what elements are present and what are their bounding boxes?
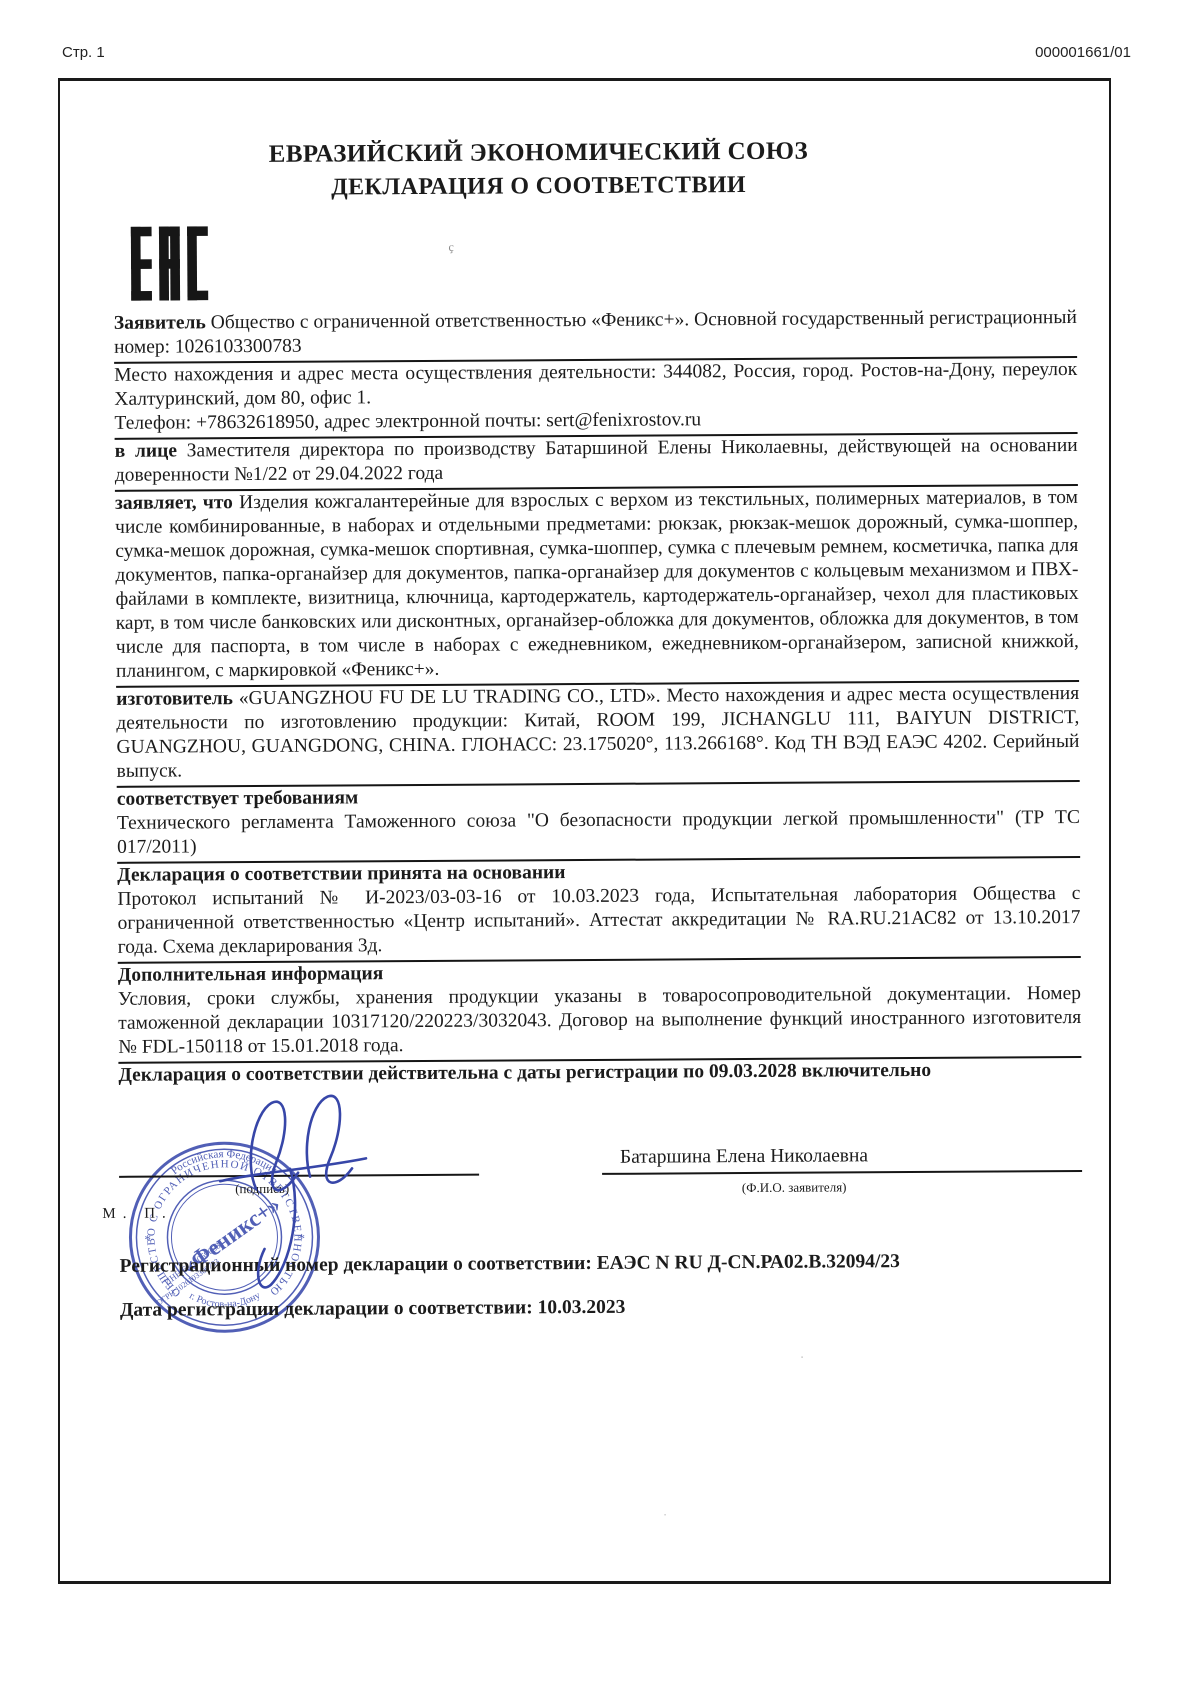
regulation-paragraph: Технического регламента Таможенного союз…	[117, 806, 1080, 864]
applicant-text: Общество с ограниченной ответственностью…	[114, 307, 1077, 358]
manufacturer-lead: изготовитель	[116, 688, 233, 710]
registration-date-value: 10.03.2023	[538, 1297, 626, 1319]
title-declaration: ДЕКЛАРАЦИЯ О СООТВЕТСТВИИ	[56, 170, 1021, 203]
eac-mark-icon: ЕАС	[130, 226, 208, 300]
scan-speck: ˙	[663, 1513, 667, 1525]
page-number-label: Стр. 1	[62, 44, 105, 61]
representative-lead: в лице	[115, 440, 177, 461]
address-text: Место нахождения и адрес места осуществл…	[114, 359, 1077, 410]
additional-info-text: Условия, сроки службы, хранения продукци…	[118, 983, 1081, 1058]
manufacturer-text: «GUANGZHOU FU DE LU TRADING CO., LTD». М…	[116, 683, 1079, 782]
handwritten-signature	[210, 1086, 482, 1388]
basis-heading-text: Декларация о соответствии принята на осн…	[117, 862, 565, 886]
stamp-star-left: *	[144, 1232, 151, 1247]
scan-speck: ·	[800, 1352, 804, 1364]
conforms-heading-text: соответствует требованиям	[117, 787, 359, 809]
representative-text: Заместителя директора по производству Ба…	[115, 435, 1078, 486]
products-text: Изделия кожгалантерейные для взрослых с …	[115, 487, 1079, 682]
name-caption: (Ф.И.О. заявителя)	[604, 1179, 984, 1197]
additional-info-heading-text: Дополнительная информация	[118, 963, 384, 986]
products-paragraph: заявляет, что Изделия кожгалантерейные д…	[115, 486, 1079, 688]
validity-statement: Декларация о соответствии действительна …	[118, 1058, 1081, 1088]
applicant-lead: Заявитель	[114, 312, 206, 334]
address-paragraph: Место нахождения и адрес места осуществл…	[114, 358, 1077, 412]
validity-statement-text: Декларация о соответствии действительна …	[118, 1060, 931, 1086]
phone-text: Телефон: +78632618950, адрес электронной…	[114, 409, 701, 434]
title-union: ЕВРАЗИЙСКИЙ ЭКОНОМИЧЕСКИЙ СОЮЗ	[56, 136, 1021, 170]
applicant-name: Батаршина Елена Николаевна	[504, 1145, 984, 1170]
scanned-declaration-page: Стр. 1 000001661/01 ЕВРАЗИЙСКИЙ ЭКОНОМИЧ…	[0, 0, 1191, 1684]
document-title: ЕВРАЗИЙСКИЙ ЭКОНОМИЧЕСКИЙ СОЮЗ ДЕКЛАРАЦИ…	[56, 136, 1105, 203]
declaration-body: Заявитель Общество с ограниченной ответс…	[114, 306, 1082, 1088]
representative-paragraph: в лице Заместителя директора по производ…	[115, 434, 1078, 492]
document-code: 000001661/01	[1035, 44, 1131, 61]
protocol-paragraph: Протокол испытаний № И-2023/03-03-16 от …	[117, 882, 1080, 964]
products-lead: заявляет, что	[115, 492, 233, 514]
registration-number-value: ЕАЭС N RU Д-CN.РА02.В.32094/23	[597, 1251, 900, 1274]
document-frame: ЕВРАЗИЙСКИЙ ЭКОНОМИЧЕСКИЙ СОЮЗ ДЕКЛАРАЦИ…	[58, 78, 1111, 1584]
applicant-paragraph: Заявитель Общество с ограниченной ответс…	[114, 306, 1077, 364]
protocol-text: Протокол испытаний № И-2023/03-03-16 от …	[117, 883, 1080, 958]
scan-artifact: ҫ	[448, 240, 453, 255]
name-line	[602, 1170, 1082, 1175]
manufacturer-paragraph: изготовитель «GUANGZHOU FU DE LU TRADING…	[116, 682, 1080, 788]
seal-place-note: М. П.	[102, 1206, 173, 1223]
additional-info-paragraph: Условия, сроки службы, хранения продукци…	[118, 982, 1081, 1064]
regulation-text: Технического регламента Таможенного союз…	[117, 807, 1080, 858]
scanned-content: ЕВРАЗИЙСКИЙ ЭКОНОМИЧЕСКИЙ СОЮЗ ДЕКЛАРАЦИ…	[55, 78, 1113, 1584]
